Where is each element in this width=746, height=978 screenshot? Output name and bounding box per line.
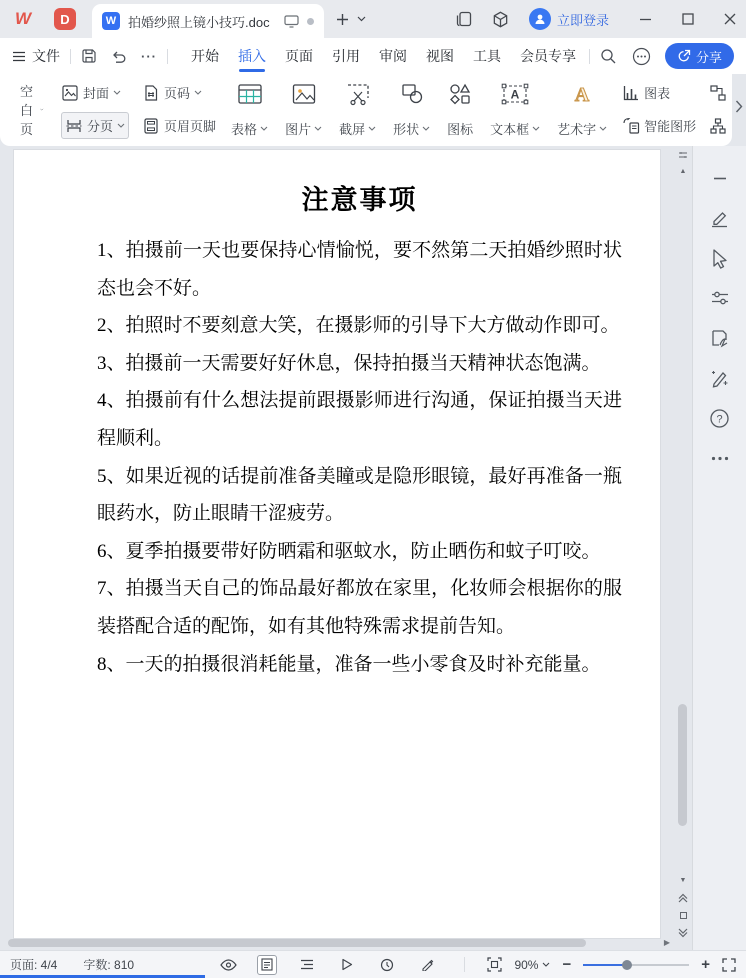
- shapes-icon: [399, 82, 425, 106]
- save-button[interactable]: [81, 48, 97, 64]
- divider: [589, 49, 590, 64]
- smart-graphic-button[interactable]: 智能图形: [622, 112, 696, 139]
- eye-protect-button[interactable]: [220, 959, 237, 971]
- touch-mode-icon: [380, 958, 394, 972]
- ribbon-expand-button[interactable]: [735, 100, 743, 113]
- textbox-icon: A: [501, 82, 529, 106]
- ruler-toggle-icon[interactable]: [678, 151, 688, 159]
- tab-member[interactable]: 会员专享: [517, 38, 579, 74]
- edit-tool-button[interactable]: [708, 206, 732, 230]
- undo-button[interactable]: [111, 49, 127, 64]
- page-break-label: 分页: [87, 116, 113, 135]
- wordart-icon: A: [569, 82, 595, 106]
- zoom-slider[interactable]: [583, 960, 689, 970]
- more-dots-icon: [711, 456, 729, 461]
- previous-page-button[interactable]: [678, 893, 688, 903]
- icons-icon: [447, 82, 473, 106]
- doc-paragraph: 2、拍照时不要刻意大笑，在摄影师的引导下大方做动作即可。: [97, 307, 622, 345]
- table-label: 表格: [231, 119, 257, 138]
- share-icon: [677, 49, 691, 63]
- search-button[interactable]: [600, 48, 616, 64]
- cursor-icon: [710, 248, 730, 269]
- outline-view-button[interactable]: [297, 955, 317, 975]
- document-tab[interactable]: W 拍婚纱照上镜小技巧.doc: [92, 4, 324, 38]
- doc-paragraph: 7、拍摄当天自己的饰品最好都放在家里，化妆师会根据你的服装搭配合适的配饰，如有其…: [97, 570, 622, 645]
- chart-button[interactable]: 图表: [622, 79, 696, 106]
- status-pen-icon: [421, 958, 434, 971]
- scroll-up-arrow[interactable]: ▲: [680, 168, 687, 175]
- select-browse-object-button[interactable]: [680, 912, 687, 919]
- page-break-icon: [65, 117, 83, 135]
- chevron-right-icon: [735, 100, 743, 113]
- header-footer-button[interactable]: 页眉页脚: [142, 112, 216, 139]
- svg-text:A: A: [575, 84, 590, 106]
- unsaved-dot-icon: [307, 18, 314, 25]
- icons-label: 图标: [447, 119, 473, 138]
- assistant-more-button[interactable]: [632, 47, 651, 66]
- doc-paragraph: 8、一天的拍摄很消耗能量，准备一些小零食及时补充能量。: [97, 646, 622, 684]
- page-number-label: 页码: [164, 83, 190, 102]
- sidebar-more-button[interactable]: [708, 446, 732, 470]
- tab-tools[interactable]: 工具: [470, 38, 504, 74]
- flowchart-icon: [709, 84, 727, 102]
- adjust-settings-button[interactable]: [708, 286, 732, 310]
- avatar-icon: [529, 8, 551, 30]
- divider: [70, 49, 71, 64]
- page-indicator[interactable]: 页面: 4/4: [10, 956, 57, 973]
- file-menu-label: 文件: [32, 46, 60, 66]
- tab-list-chevron-icon[interactable]: [357, 16, 366, 22]
- monitor-icon[interactable]: [284, 15, 299, 28]
- search-icon: [600, 48, 616, 64]
- chevron-down-icon: [368, 126, 376, 131]
- statusbar: 页面: 4/4 字数: 810 90% − +: [0, 950, 746, 978]
- select-tool-button[interactable]: [708, 246, 732, 270]
- new-tab-button[interactable]: [336, 13, 349, 26]
- right-sidebar: ?: [692, 146, 746, 950]
- titlebar-right: 立即登录: [436, 8, 736, 30]
- svg-text:A: A: [511, 88, 520, 102]
- screenshot-icon: [345, 82, 371, 106]
- multi-window-icon[interactable]: [456, 11, 472, 27]
- cover-label: 封面: [83, 83, 109, 102]
- scroll-down-arrow[interactable]: ▼: [680, 877, 687, 884]
- shapes-button[interactable]: 形状: [391, 79, 432, 139]
- doc-paragraph: 4、拍摄前有什么想法提前跟摄影师进行沟通，保证拍摄当天进程顺利。: [97, 382, 622, 457]
- minimize-button[interactable]: [639, 13, 652, 26]
- ink-pen-button[interactable]: [417, 955, 437, 975]
- ribbon-tab-bar: 开始 插入 页面 引用 审阅 视图 工具 会员专享: [188, 38, 579, 74]
- wrench-sparkle-icon: [709, 368, 730, 389]
- picture-button[interactable]: 图片: [283, 79, 324, 139]
- picture-icon: [291, 82, 317, 106]
- chevron-down-icon: [40, 107, 44, 112]
- chevron-down-icon: [542, 962, 550, 967]
- quick-access-toolbar: ···: [81, 48, 157, 64]
- chevron-down-icon: [194, 90, 202, 95]
- page-view-button[interactable]: [257, 955, 277, 975]
- maximize-button[interactable]: [682, 13, 694, 25]
- screenshot-label: 截屏: [339, 119, 365, 138]
- more-commands-button[interactable]: ···: [141, 49, 157, 64]
- divider: [464, 957, 465, 972]
- hamburger-icon: [12, 51, 26, 62]
- zoom-out-button[interactable]: −: [562, 957, 571, 972]
- page-number-button[interactable]: 页码: [142, 79, 216, 106]
- zoom-slider-fill: [583, 964, 627, 966]
- svg-text:?: ?: [716, 413, 722, 425]
- wordart-label: 艺术字: [557, 119, 596, 138]
- org-chart-button[interactable]: [709, 112, 727, 139]
- touch-mode-button[interactable]: [377, 955, 397, 975]
- smart-graphic-label: 智能图形: [644, 116, 696, 135]
- textbox-label: 文本框: [490, 119, 529, 138]
- statusbar-right: 90% − +: [454, 957, 736, 972]
- fit-page-button[interactable]: [487, 957, 502, 972]
- page-content: 注意事项 1、拍摄前一天也要保持心情愉悦，要不然第二天拍婚纱照时状态也会不好。 …: [14, 150, 660, 683]
- textbox-button[interactable]: A 文本框: [488, 79, 542, 139]
- org-chart-icon: [709, 117, 727, 135]
- fix-tools-button[interactable]: [708, 366, 732, 390]
- page-number-icon: [142, 84, 160, 102]
- wps-logo-icon: W: [15, 9, 31, 29]
- flowchart-button[interactable]: [709, 79, 727, 106]
- zoom-slider-knob[interactable]: [622, 960, 632, 970]
- pen-icon: [709, 208, 730, 229]
- zoom-level-value: 90%: [514, 958, 538, 972]
- question-icon: ?: [709, 408, 730, 429]
- vertical-scrollbar-thumb[interactable]: [678, 704, 687, 826]
- sliders-icon: [710, 289, 730, 307]
- chevron-down-icon: [422, 126, 430, 131]
- fullscreen-button[interactable]: [722, 958, 736, 972]
- play-view-button[interactable]: [337, 955, 357, 975]
- horizontal-scrollbar-thumb[interactable]: [8, 939, 586, 947]
- chevron-down-icon: [113, 90, 121, 95]
- close-button[interactable]: [724, 13, 736, 25]
- login-label: 立即登录: [557, 10, 609, 29]
- zoom-in-button[interactable]: +: [701, 957, 710, 972]
- fit-page-icon: [487, 957, 502, 972]
- document-page[interactable]: 注意事项 1、拍摄前一天也要保持心情愉悦，要不然第二天拍婚纱照时状态也会不好。 …: [14, 150, 660, 938]
- document-heading: 注意事项: [97, 178, 622, 217]
- screenshot-button[interactable]: 截屏: [337, 79, 378, 139]
- doc-paragraph: 5、如果近视的话提前准备美瞳或是隐形眼镜，最好再准备一瓶眼药水，防止眼睛干涩疲劳…: [97, 458, 622, 533]
- collapse-sidebar-button[interactable]: [708, 166, 732, 190]
- workspace: 注意事项 1、拍摄前一天也要保持心情愉悦，要不然第二天拍婚纱照时状态也会不好。 …: [0, 146, 746, 950]
- doc-paragraph: 3、拍摄前一天需要好好休息，保持拍摄当天精神状态饱满。: [97, 345, 622, 383]
- header-footer-label: 页眉页脚: [164, 116, 216, 135]
- docer-app-icon[interactable]: D: [54, 8, 76, 30]
- tab-reference[interactable]: 引用: [329, 38, 363, 74]
- tab-insert[interactable]: 插入: [235, 38, 269, 74]
- wordart-button[interactable]: A 艺术字: [555, 79, 609, 139]
- divider: [167, 49, 168, 64]
- smart-graphic-icon: [622, 117, 640, 135]
- tab-view[interactable]: 视图: [423, 38, 457, 74]
- doc-paragraph: 1、拍摄前一天也要保持心情愉悦，要不然第二天拍婚纱照时状态也会不好。: [97, 232, 622, 307]
- blank-page-label: 空白页: [20, 81, 37, 138]
- zoom-level-dropdown[interactable]: 90%: [514, 958, 550, 972]
- menubar: 文件 ··· 开始 插入 页面 引用 审阅 视图 工具 会员专享 分享: [0, 38, 746, 74]
- tab-start[interactable]: 开始: [188, 38, 222, 74]
- page-view-icon: [261, 958, 273, 971]
- document-viewport[interactable]: 注意事项 1、拍摄前一天也要保持心情愉悦，要不然第二天拍婚纱照时状态也会不好。 …: [0, 146, 674, 950]
- integrations-cube-icon[interactable]: [492, 11, 509, 28]
- titlebar: W D W 拍婚纱照上镜小技巧.doc 立即登录: [0, 0, 746, 38]
- login-button[interactable]: 立即登录: [529, 8, 609, 30]
- word-count[interactable]: 字数: 810: [83, 956, 134, 973]
- eye-icon: [220, 959, 237, 971]
- horizontal-scrollbar[interactable]: ▶: [0, 936, 674, 950]
- table-icon: [237, 82, 263, 106]
- chevron-down-icon: [532, 126, 540, 131]
- statusbar-left: 页面: 4/4 字数: 810: [10, 955, 437, 975]
- chart-label: 图表: [644, 83, 670, 102]
- vertical-scrollbar[interactable]: ▲ ▼: [674, 146, 692, 950]
- chevron-down-icon: [314, 126, 322, 131]
- tab-page[interactable]: 页面: [282, 38, 316, 74]
- picture-label: 图片: [285, 119, 311, 138]
- cover-icon: [61, 84, 79, 102]
- next-page-button[interactable]: [678, 928, 688, 938]
- outline-icon: [300, 959, 314, 970]
- doc-signature-icon: [709, 328, 730, 349]
- fullscreen-icon: [722, 958, 736, 972]
- chevron-down-icon: [599, 126, 607, 131]
- wps-writer-window: W D W 拍婚纱照上镜小技巧.doc 立即登录 文件: [0, 0, 746, 978]
- chart-icon: [622, 84, 640, 102]
- help-button[interactable]: ?: [708, 406, 732, 430]
- ribbon-area: 空白页 封面 分页 页码: [0, 74, 746, 146]
- cover-button[interactable]: 封面: [61, 79, 129, 106]
- writer-doc-icon: W: [102, 12, 120, 30]
- annotate-doc-button[interactable]: [708, 326, 732, 350]
- share-label: 分享: [696, 47, 722, 66]
- share-button[interactable]: 分享: [665, 43, 734, 69]
- shapes-label: 形状: [393, 119, 419, 138]
- play-icon: [341, 958, 353, 971]
- header-footer-icon: [142, 117, 160, 135]
- table-button[interactable]: 表格: [229, 79, 270, 139]
- icons-button[interactable]: 图标: [445, 79, 475, 139]
- wps-home-button[interactable]: W: [10, 6, 36, 32]
- document-tab-title: 拍婚纱照上镜小技巧.doc: [128, 12, 276, 31]
- ribbon-insert-panel: 空白页 封面 分页 页码: [0, 74, 732, 146]
- blank-page-button[interactable]: 空白页: [16, 79, 48, 139]
- chevron-down-icon: [260, 126, 268, 131]
- tab-review[interactable]: 审阅: [376, 38, 410, 74]
- menubar-right: 分享: [632, 43, 734, 69]
- file-menu-button[interactable]: 文件: [12, 46, 60, 66]
- chevron-down-icon: [117, 123, 125, 128]
- doc-paragraph: 6、夏季拍摄要带好防晒霜和驱蚊水，防止晒伤和蚊子叮咬。: [97, 533, 622, 571]
- circle-dots-icon: [632, 47, 651, 66]
- minus-icon: [713, 177, 727, 180]
- scroll-right-arrow[interactable]: ▶: [664, 938, 670, 947]
- page-break-button[interactable]: 分页: [61, 112, 129, 139]
